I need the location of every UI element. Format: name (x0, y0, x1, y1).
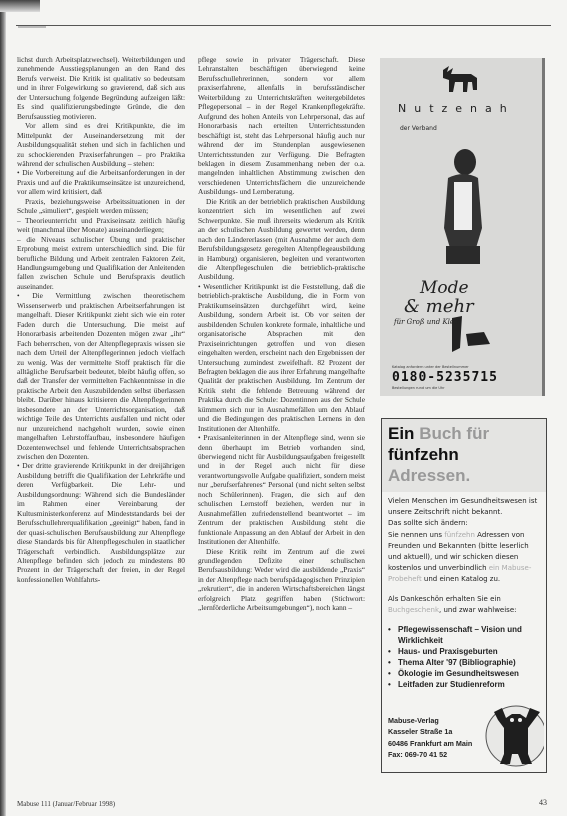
book-list-item: Thema Alter '97 (Bibliographie) (388, 657, 540, 668)
header-mark (18, 26, 46, 28)
paragraph: • Wesentlicher Kritikpunkt ist die Fests… (198, 282, 365, 433)
ad-brand: Nutzenah (398, 102, 515, 115)
book-list-item: Haus- und Praxisgeburten (388, 646, 540, 657)
paragraph: • Die Vermittlung zwischen theoretischem… (17, 291, 185, 461)
paragraph: – die Niveaus schulischer Übung und prak… (17, 235, 185, 292)
ad-headline-mehr: & mehr (404, 296, 474, 317)
book-list-item: Pflegewissenschaft – Vision und Wirklich… (388, 624, 540, 646)
ad-body-line: Vielen Menschen im Gesundheitswesen ist … (388, 496, 540, 518)
mabuse-mascot-icon (482, 698, 544, 770)
fashion-advertisement: Nutzenah der Verband Mode & mehr für Gro… (380, 58, 545, 396)
ad-body-text: Als Dankeschön erhalten Sie ein (388, 595, 501, 603)
headline-word: Buch für (419, 424, 489, 443)
paragraph: – Theorieunterricht und Praxiseinsatz ze… (17, 216, 185, 235)
book-list-item: Leitfaden zur Studienreform (388, 679, 540, 690)
paragraph: • Praxisanleiterinnen in der Altenpflege… (198, 433, 365, 546)
paragraph: Diese Kritik reiht im Zentrum auf die zw… (198, 547, 365, 613)
book-list: Pflegewissenschaft – Vision und Wirklich… (388, 624, 540, 690)
paragraph: Die Kritik an der betrieblich praktische… (198, 197, 365, 282)
ad-phone-number: 0180-5235715 (392, 370, 498, 385)
page-binding-edge (0, 0, 6, 816)
header-rule (16, 25, 551, 26)
publisher-fax: Fax: 069-70 41 52 (388, 749, 472, 760)
ad-brand-sub: der Verband (400, 125, 437, 132)
article-column-1: lichst durch Arbeitsplatzwechsel). Weite… (17, 55, 185, 584)
ad-body-text: und einen Katalog zu. (424, 575, 500, 583)
paragraph: pflege sowie in privater Trägerschaft. D… (198, 55, 365, 197)
ad-headline-mode: Mode (420, 280, 469, 297)
ad-body-text: , und zwar wahlweise: (439, 606, 516, 614)
headline-word: Ein (388, 424, 414, 443)
footer-issue: Mabuse 111 (Januar/Februar 1998) (17, 800, 115, 808)
publisher-city: 60486 Frankfurt am Main (388, 738, 472, 749)
ad-body-text: Sie nennen uns (388, 531, 442, 539)
ad-tagline: für Groß und Klein (394, 318, 461, 326)
ad-body-line: Sie nennen uns fünfzehn Adressen von Fre… (388, 530, 540, 586)
article-column-2: pflege sowie in privater Trägerschaft. D… (198, 55, 365, 613)
ad-book-headline: Ein Buch für fünfzehn Adressen. (382, 419, 546, 492)
headline-word: fünfzehn (388, 445, 459, 464)
ad-phone-footer: Bestellungen rund um die Uhr (392, 386, 532, 390)
ad-body-faint: Buchgeschenk (388, 606, 439, 614)
paragraph: lichst durch Arbeitsplatzwechsel). Weite… (17, 55, 185, 121)
paragraph: • Der dritte gravierende Kritikpunkt in … (17, 461, 185, 584)
ad-book-body: Vielen Menschen im Gesundheitswesen ist … (382, 492, 546, 690)
page-number: 43 (539, 798, 547, 807)
ad-body-line: Als Dankeschön erhalten Sie ein Buchgesc… (388, 594, 540, 616)
book-advertisement: Ein Buch für fünfzehn Adressen. Vielen M… (381, 418, 547, 773)
ad-phone-caption: Katalog anfordern unter der Bestellnumme… (392, 365, 530, 369)
paragraph: • Die Vorbereitung auf die Arbeitsanford… (17, 168, 185, 196)
book-list-item: Ökologie im Gesundheitswesen (388, 668, 540, 679)
headline-word: Adressen. (388, 466, 470, 485)
page-corner-shadow (0, 0, 40, 12)
publisher-street: Kasseler Straße 1a (388, 726, 472, 737)
nurse-figure-icon (432, 148, 492, 358)
moose-logo-icon (435, 64, 485, 96)
ad-body-faint: fünfzehn (444, 531, 475, 539)
paragraph: Vor allem sind es drei Kritikpunkte, die… (17, 121, 185, 168)
publisher-name: Mabuse-Verlag (388, 715, 472, 726)
publisher-address: Mabuse-Verlag Kasseler Straße 1a 60486 F… (388, 715, 472, 761)
paragraph: Praxis, beziehungsweise Arbeitssituation… (17, 197, 185, 216)
ad-body-line: Das sollte sich ändern: (388, 518, 540, 529)
